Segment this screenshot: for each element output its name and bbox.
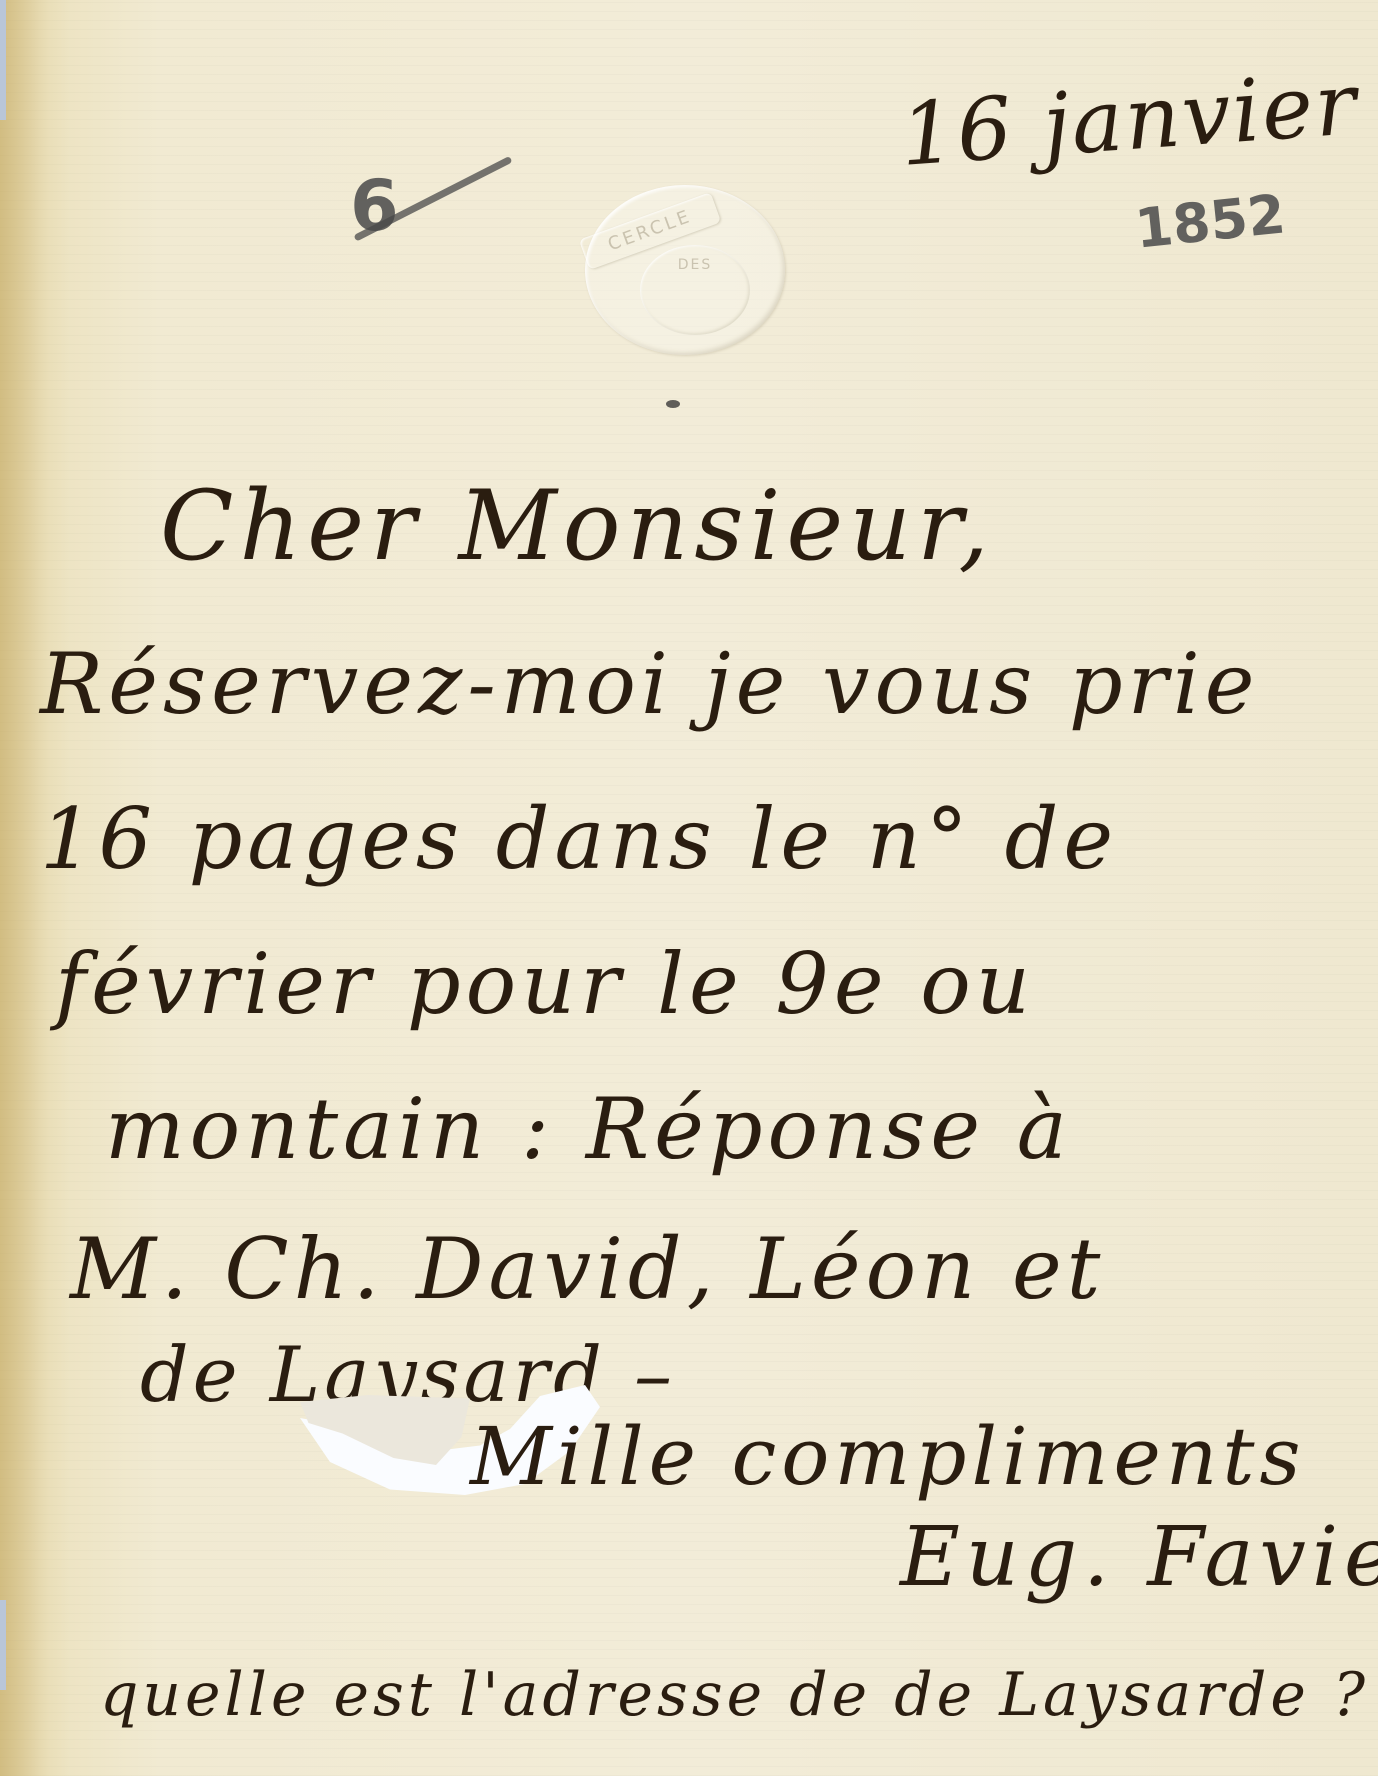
body-line: M. Ch. David, Léon et [70,1220,1105,1318]
postscript: quelle est l'adresse de de Laysarde ? [100,1660,1369,1730]
stamp-inner: DES [640,245,750,335]
embossed-stamp: CERCLE DES [585,185,785,355]
scan-edge [0,0,6,120]
left-edge-stain [0,0,70,1776]
salutation: Cher Monsieur, [160,470,995,582]
signature: Eug. Favier [900,1510,1378,1605]
date-day-month: 16 janvier [897,54,1361,186]
ink-smudge [666,400,680,408]
scan-edge [0,1600,6,1690]
date-year: 1852 [1132,182,1288,260]
body-line: Réservez-moi je vous prie [40,635,1259,733]
body-line: février pour le 9e ou [55,935,1035,1033]
letter-paper: 16 janvier 1852 6 CERCLE DES Cher Monsie… [0,0,1378,1776]
body-line: 16 pages dans le n° de [40,790,1118,888]
body-line: montain : Réponse à [105,1080,1072,1178]
closing: Mille compliments [470,1410,1306,1503]
